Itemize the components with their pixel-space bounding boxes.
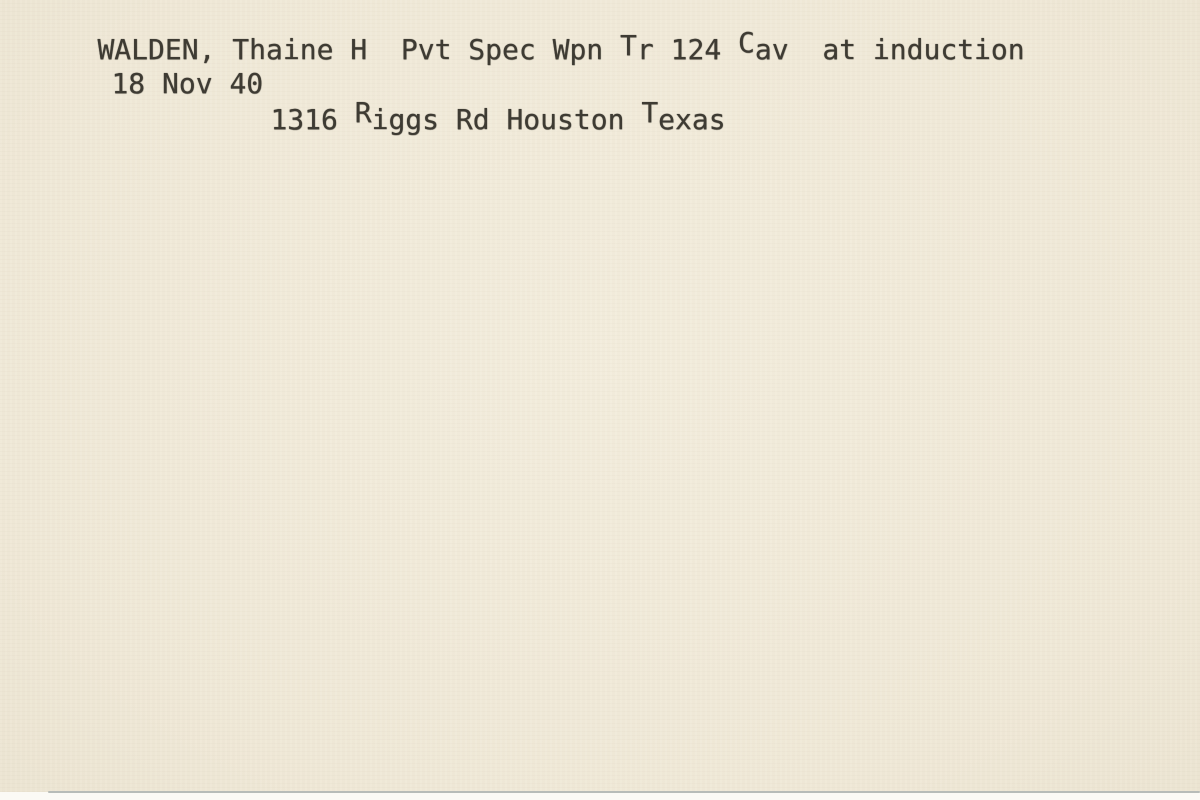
scan-bottom-edge	[0, 792, 1200, 800]
state-suffix-text: exas	[658, 103, 725, 136]
raised-letter-r: R	[355, 96, 372, 129]
card-bottom-edge-line	[48, 791, 1200, 793]
raised-letter-c: C	[738, 26, 755, 59]
street-number-text: 1316	[270, 103, 354, 136]
card-line-address: 1316 Riggs Rd Houston Texas	[203, 75, 726, 165]
scanned-index-card: WALDEN, Thaine H Pvt Spec Wpn Tr 124 Cav…	[0, 0, 1200, 800]
unit-number-text: r 124	[637, 33, 738, 66]
raised-letter-t: T	[641, 96, 658, 129]
raised-letter-t: T	[620, 29, 637, 62]
unit-suffix-text: av at induction	[755, 33, 1025, 66]
street-city-text: iggs Rd Houston	[372, 103, 642, 136]
